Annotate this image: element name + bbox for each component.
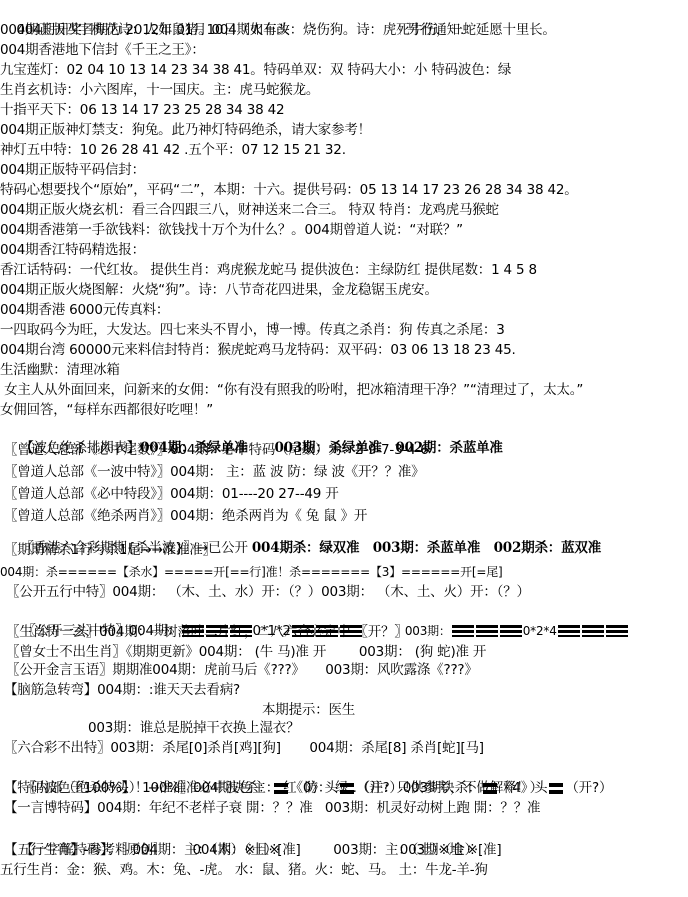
kill-row-tail-line: 〖期期精杀1行与杀1尾→→准准准〗 bbox=[4, 540, 216, 560]
lamp-five-line: 神灯五中特：10 26 28 41 42 .五个平：07 12 15 21 32… bbox=[0, 140, 346, 160]
block-icon bbox=[476, 625, 498, 637]
humor-text-1: 女主人从外面回来，问新来的女佣：“你有没有照我的吩咐，把冰箱清理干净？”“清理过… bbox=[0, 380, 583, 400]
special-code-line: 特码心想要找个“原始”，平码“二”，本期：十六。提供号码：05 13 14 17… bbox=[0, 180, 578, 200]
tail-number-line: 〖曾道人总部《必中尾数》〗004期：必中特码（尾数）为：2-9-7-3-4-6 bbox=[4, 440, 429, 460]
ten-fingers-line: 十指平天下：06 13 14 17 23 25 28 34 38 42 bbox=[0, 100, 284, 120]
zodiac-poem-line: 生肖玄机诗：小六图库，十一国庆。主：虎马蛇猴龙。 bbox=[0, 80, 319, 100]
hk-river-code-line: 香江话特码：一代红妆。 提供生肖：鸡虎猴龙蛇马 提供波色：主绿防红 提供尾数：1… bbox=[0, 260, 537, 280]
teaser-003-line: 003期：谁总是脱掉干衣换上湿衣？ bbox=[88, 718, 299, 738]
special-letter-heading: 004期正版特平码信封： bbox=[0, 160, 145, 180]
golden-words-line: 〖公开金言玉语〗期期准004期：虎前马后《???》 003期：风吹露涤《???》 bbox=[6, 660, 478, 680]
taiwan-letter-line: 004期台湾 60000元来料信封特肖：猴虎蛇鸡马龙特码：双平码：03 06 1… bbox=[0, 340, 516, 360]
kill-water-line: 004期：杀======【杀水】=====开[==行]准！杀=======【3】… bbox=[0, 562, 503, 582]
hk-river-heading: 004期香江特码精选报： bbox=[0, 240, 145, 260]
lamp-ban-line: 004期正版神灯禁支：狗兔。此乃神灯特码绝杀，请大家参考！ bbox=[0, 120, 371, 140]
three-heads-003: 0*2*4 bbox=[523, 624, 557, 638]
hint-line: 本期提示：医生 bbox=[262, 700, 355, 720]
fire-mystery-line: 004期正版火烧玄机：看三合四跟三八，财神送来二合三。 特双 特肖：龙鸡虎马猴蛇 bbox=[0, 200, 499, 220]
five-elements-line: 〖公开五行中特〗004期： （木、土、水）开：（？）003期： （木、土、火）开… bbox=[6, 582, 530, 602]
nine-lotus-line: 九宝莲灯：02 04 10 13 14 23 34 38 41。特码单双：双 特… bbox=[0, 60, 511, 80]
draw-date-line: 004期开奖日期为 2012年 01月10日（如有改另行通知. bbox=[0, 0, 464, 20]
three-heads-line: 〖公开三头中特〗004期：0*1*2003期：0*2*4 bbox=[6, 601, 629, 621]
internal-head-line: 〖内部（绝杀特头）100%〗004期诀杀：《0》头（开?）003期诀杀：《4》头… bbox=[6, 758, 612, 778]
half-wave-line: 〖香港六合彩期期{杀半波}〗→已公开 004期杀：绿双准 003期：杀蓝单准 0… bbox=[4, 518, 601, 538]
plum-poem-line: 004期正版四字梅花诗：人如鼠猪。004期火车头：烧伤狗。诗：虎死牛伤，一蛇延愿… bbox=[0, 20, 556, 40]
one-char-line: 【一字解特码】：［原创］004期：※且※003期※地 ※ bbox=[4, 820, 478, 840]
half-wave-values: 004期杀：绿双准 003期：杀蓝单准 002期杀：蓝双准 bbox=[252, 540, 601, 556]
block-icon bbox=[558, 625, 580, 637]
zodiac-mystery-line: 〖生肖特一玄〗004期：一树落叶二片红，二八六合必定中 〖开？〗 bbox=[6, 622, 408, 642]
three-heads-003-label: 003期： bbox=[405, 624, 451, 638]
block-icon bbox=[452, 625, 474, 637]
humor-text-2: 女佣回答，“每样东西都很好吃哩！” bbox=[0, 400, 213, 420]
five-element-zodiac-line: 【五行生肖】-参考料 004期：主：（木）（土）[准] 003期：主：（土）（金… bbox=[4, 840, 501, 860]
special-segment-line: 〖曾道人总部《必中特段》〗004期：01----20 27--49 开 bbox=[4, 484, 339, 504]
block-icon bbox=[582, 625, 604, 637]
fax-6000-heading: 004期香港 6000元传真料： bbox=[0, 300, 169, 320]
fax-content-line: 一四取码今为旺，大发达。四七来头不胃小，博一博。传真之杀肖：狗 传真之杀尾：3 bbox=[0, 320, 505, 340]
fire-diagram-line: 004期正版火烧图解：火烧“狗”。诗：八节奇花四进果，金龙稳锯玉虎安。 bbox=[0, 280, 438, 300]
brain-teaser-line: 【脑筋急转弯】004期：:谁天天去看病? bbox=[4, 680, 240, 700]
block-icon bbox=[500, 625, 522, 637]
one-word-bet-line: 【一言博特码】004期：年纪不老样子衰 開：？？准 003期：机灵好动树上跑 開… bbox=[4, 798, 540, 818]
block-icon bbox=[549, 783, 563, 794]
wave-king-line: 【特码波色王100%】！→准准准必中波色主： 红 防： 绿 .（注：只供参考，不… bbox=[4, 778, 543, 798]
ms-zeng-line: 〖曾女士不出生肖〗《期期更新》004期： (牛 马)准 开 003期： (狗 蛇… bbox=[6, 642, 486, 662]
humor-heading: 生活幽默：清理冰箱 bbox=[0, 360, 120, 380]
hk-letter-heading: 004期香港地下信封《千王之王》： bbox=[0, 40, 205, 60]
no-special-line: 〖六合彩不出特〗003期：杀尾[0]杀肖[鸡][狗] 004期：杀尾[8] 杀肖… bbox=[4, 738, 484, 758]
one-wave-line: 〖曾道人总部《一波中特》〗004期： 主：蓝 波 防：绿 波《开？？准》 bbox=[4, 462, 424, 482]
wave-kill-table-line: 【波色绝杀排期表】004期：杀绿单准 003期：杀绿单准 002期：杀蓝单准 bbox=[4, 418, 503, 438]
head-003-open: （开?） bbox=[565, 780, 612, 796]
block-icon bbox=[606, 625, 628, 637]
hk-first-hand-line: 004期香港第一手欲钱料：欲钱找十万个为什么？。004期曾道人说：“对联？” bbox=[0, 220, 463, 240]
five-element-mapping-line: 五行生肖：金：猴、鸡。木：兔、-虎。 水：鼠、猪。火：蛇、马。 土：牛龙-羊-狗 bbox=[0, 860, 488, 880]
